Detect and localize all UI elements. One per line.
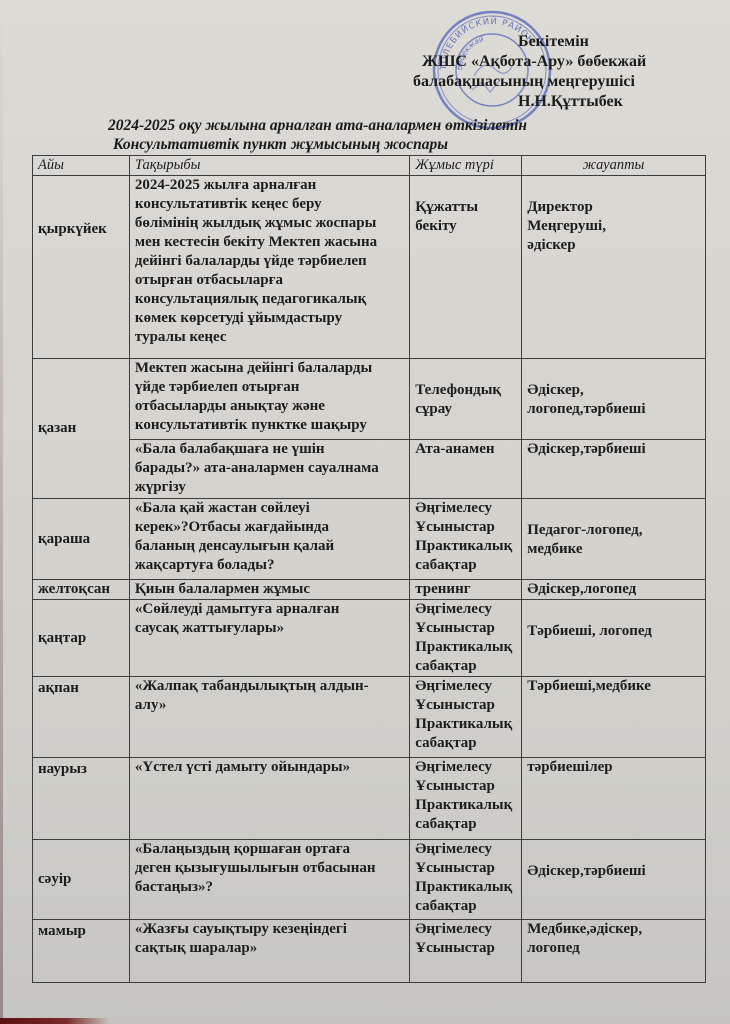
- responsible-cell-line: Әдіскер,: [527, 381, 700, 400]
- work-type-cell-line: Практикалық: [415, 878, 516, 897]
- topic-cell-line: «Жалпақ табандылықтың алдын-: [135, 677, 404, 696]
- work-type-cell: Құжаттыбекіту: [410, 176, 522, 359]
- topic-cell-line: керек»?Отбасы жағдайында: [135, 518, 404, 537]
- work-type-cell-line: Әңгімелесу: [415, 499, 516, 518]
- month-cell: қыркүйек: [33, 176, 130, 359]
- work-type-cell-line: Әңгімелесу: [415, 840, 516, 859]
- responsible-cell-line: Директор: [527, 198, 700, 217]
- topic-cell-line: «Бала балабақшаға не үшін: [135, 440, 404, 459]
- table-row: наурыз«Үстел үсті дамыту ойындары»Әңгіме…: [33, 758, 706, 840]
- work-type-cell: тренинг: [410, 580, 522, 600]
- work-type-cell-line: сабақтар: [415, 897, 516, 916]
- work-type-cell-line: Практикалық: [415, 537, 516, 556]
- work-type-cell-line: Әңгімелесу: [415, 920, 516, 939]
- responsible-cell: тәрбиешілер: [522, 758, 706, 840]
- work-type-cell-line: Телефондық: [415, 381, 516, 400]
- work-type-cell-line: сабақтар: [415, 657, 516, 676]
- responsible-cell-line: Әдіскер,тәрбиеші: [527, 862, 700, 881]
- table-row: мамыр«Жазғы сауықтыру кезеңіндегісақтық …: [33, 920, 706, 983]
- responsible-cell: Әдіскер,тәрбиеші: [522, 840, 706, 920]
- work-type-cell-line: сабақтар: [415, 556, 516, 575]
- responsible-cell-line: логопед,тәрбиеші: [527, 400, 700, 419]
- responsible-cell-line: Меңгеруші,: [527, 217, 700, 236]
- topic-cell-line: бөлімінің жылдық жұмыс жоспары: [135, 214, 404, 233]
- topic-cell-line: жүргізу: [135, 478, 404, 497]
- work-type-cell-line: бекіту: [415, 217, 516, 236]
- work-type-cell-line: Практикалық: [415, 638, 516, 657]
- topic-cell-line: консультациялық педагогикалық: [135, 290, 404, 309]
- topic-cell: «Үстел үсті дамыту ойындары»: [129, 758, 409, 840]
- topic-cell: «Жазғы сауықтыру кезеңіндегісақтық шарал…: [129, 920, 409, 983]
- topic-cell-line: көмек көрсетуді ұйымдастыру: [135, 309, 404, 328]
- month-cell: қараша: [33, 499, 130, 580]
- responsible-cell: Тәрбиеші, логопед: [522, 600, 706, 677]
- table-row: қараша«Бала қай жастан сөйлеуікерек»?Отб…: [33, 499, 706, 580]
- topic-cell-line: деген қызығушылығын отбасынан: [135, 859, 404, 878]
- background-edge: [0, 1018, 110, 1024]
- work-type-cell-line: Ұсыныстар: [415, 939, 516, 958]
- document-title-line-2: Консультативтік пункт жұмысының жоспары: [113, 135, 628, 154]
- responsible-cell: Педагог-логопед,медбике: [522, 499, 706, 580]
- work-type-cell: ӘңгімелесуҰсыныстарПрактикалықсабақтар: [410, 677, 522, 758]
- work-type-cell-line: Практикалық: [415, 796, 516, 815]
- topic-cell: «Жалпақ табандылықтың алдын-алу»: [129, 677, 409, 758]
- document-title: 2024-2025 оқу жылына арналған ата-аналар…: [108, 116, 628, 154]
- table-header-row: Айы Тақырыбы Жұмыс түрі жауапты: [33, 156, 706, 176]
- topic-cell: Мектеп жасына дейінгі балалардыүйде тәрб…: [129, 359, 409, 440]
- work-type-cell-line: сұрау: [415, 400, 516, 419]
- work-type-cell-line: Ұсыныстар: [415, 696, 516, 715]
- topic-cell-line: сақтық шаралар»: [135, 939, 404, 958]
- topic-cell-line: отбасыларды анықтау және: [135, 397, 404, 416]
- topic-cell: Қиын балалармен жұмыс: [129, 580, 409, 600]
- topic-cell-line: «Бала қай жастан сөйлеуі: [135, 499, 404, 518]
- approval-heading: Бекітемін: [400, 32, 700, 52]
- topic-cell-line: баланың денсаулығын қалай: [135, 537, 404, 556]
- topic-cell-line: үйде тәрбиелеп отырған: [135, 378, 404, 397]
- month-cell: қаңтар: [33, 600, 130, 677]
- responsible-cell-line: Әдіскер,тәрбиеші: [527, 440, 700, 459]
- responsible-cell-line: Әдіскер,логопед: [527, 580, 700, 599]
- topic-cell-line: «Балаңыздың қоршаған ортаға: [135, 840, 404, 859]
- header-month: Айы: [33, 156, 130, 176]
- table-row: қаңтар«Сөйлеуді дамытуға арналғансаусақ …: [33, 600, 706, 677]
- topic-cell-line: «Үстел үсті дамыту ойындары»: [135, 758, 404, 777]
- responsible-cell: Әдіскер,логопед: [522, 580, 706, 600]
- responsible-cell-line: Тәрбиеші, логопед: [527, 622, 700, 641]
- responsible-cell-line: әдіскер: [527, 236, 700, 255]
- month-cell: қазан: [33, 359, 130, 499]
- topic-cell: «Бала балабақшаға не үшінбарады?» ата-ан…: [129, 440, 409, 499]
- work-type-cell-line: Әңгімелесу: [415, 600, 516, 619]
- month-cell: наурыз: [33, 758, 130, 840]
- responsible-cell-line: Педагог-логопед,: [527, 521, 700, 540]
- approval-signatory: Н.Н.Құттыбек: [400, 92, 700, 112]
- approval-organization: ЖШС «Ақбота-Ару» бөбекжай: [400, 52, 700, 72]
- responsible-cell: Әдіскер,логопед,тәрбиеші: [522, 359, 706, 440]
- topic-cell-line: консультативтік пунктке шақыру: [135, 416, 404, 435]
- responsible-cell: ДиректорМеңгеруші,әдіскер: [522, 176, 706, 359]
- topic-cell-line: мен кестесін бекіту Мектеп жасына: [135, 233, 404, 252]
- topic-cell-line: жақсартуға болады?: [135, 556, 404, 575]
- work-type-cell-line: сабақтар: [415, 815, 516, 834]
- work-type-cell-line: Әңгімелесу: [415, 758, 516, 777]
- topic-cell-line: консультативтік кеңес беру: [135, 195, 404, 214]
- topic-cell-line: «Сөйлеуді дамытуға арналған: [135, 600, 404, 619]
- work-type-cell-line: Практикалық: [415, 715, 516, 734]
- approval-position: балабақшасының меңгерушісі: [400, 72, 700, 92]
- topic-cell: «Сөйлеуді дамытуға арналғансаусақ жаттығ…: [129, 600, 409, 677]
- responsible-cell-line: Медбике,әдіскер,: [527, 920, 700, 939]
- work-type-cell-line: тренинг: [415, 580, 516, 599]
- topic-cell: 2024-2025 жылға арналғанконсультативтік …: [129, 176, 409, 359]
- work-type-cell: Ата-анамен: [410, 440, 522, 499]
- table-row: қыркүйек2024-2025 жылға арналғанконсульт…: [33, 176, 706, 359]
- responsible-cell: Әдіскер,тәрбиеші: [522, 440, 706, 499]
- topic-cell-line: 2024-2025 жылға арналған: [135, 176, 404, 195]
- paper-edge-shadow: [0, 0, 3, 1024]
- work-type-cell-line: Ұсыныстар: [415, 777, 516, 796]
- topic-cell-line: саусақ жаттығулары»: [135, 619, 404, 638]
- work-type-cell: ӘңгімелесуҰсыныстар: [410, 920, 522, 983]
- work-type-cell-line: Ұсыныстар: [415, 859, 516, 878]
- work-type-cell: ӘңгімелесуҰсыныстарПрактикалықсабақтар: [410, 600, 522, 677]
- approval-block: Бекітемін ЖШС «Ақбота-Ару» бөбекжай бала…: [400, 32, 700, 112]
- month-cell: ақпан: [33, 677, 130, 758]
- table-row: желтоқсанҚиын балалармен жұмыстренингӘді…: [33, 580, 706, 600]
- work-type-cell-line: сабақтар: [415, 734, 516, 753]
- responsible-cell: Медбике,әдіскер,логопед: [522, 920, 706, 983]
- header-responsible: жауапты: [522, 156, 706, 176]
- topic-cell-line: бастаңыз»?: [135, 878, 404, 897]
- table-row: сәуір«Балаңыздың қоршаған ортағадеген қы…: [33, 840, 706, 920]
- work-type-cell: ӘңгімелесуҰсыныстарПрактикалықсабақтар: [410, 758, 522, 840]
- work-type-cell: ӘңгімелесуҰсыныстарПрактикалықсабақтар: [410, 840, 522, 920]
- work-type-cell: ӘңгімелесуҰсыныстарПрактикалықсабақтар: [410, 499, 522, 580]
- table-row: «Бала балабақшаға не үшінбарады?» ата-ан…: [33, 440, 706, 499]
- responsible-cell-line: логопед: [527, 939, 700, 958]
- month-cell: сәуір: [33, 840, 130, 920]
- month-cell: мамыр: [33, 920, 130, 983]
- document-title-line-1: 2024-2025 оқу жылына арналған ата-аналар…: [108, 116, 628, 135]
- topic-cell: «Балаңыздың қоршаған ортағадеген қызығуш…: [129, 840, 409, 920]
- work-type-cell: Телефондықсұрау: [410, 359, 522, 440]
- work-type-cell-line: Ата-анамен: [415, 440, 516, 459]
- topic-cell-line: туралы кеңес: [135, 328, 404, 347]
- work-type-cell-line: Ұсыныстар: [415, 619, 516, 638]
- topic-cell-line: Мектеп жасына дейінгі балаларды: [135, 359, 404, 378]
- work-type-cell-line: Құжатты: [415, 198, 516, 217]
- topic-cell-line: «Жазғы сауықтыру кезеңіндегі: [135, 920, 404, 939]
- responsible-cell-line: Тәрбиеші,медбике: [527, 677, 700, 696]
- topic-cell-line: Қиын балалармен жұмыс: [135, 580, 404, 599]
- month-cell: желтоқсан: [33, 580, 130, 600]
- header-topic: Тақырыбы: [129, 156, 409, 176]
- topic-cell-line: дейінгі балаларды үйде тәрбиелеп: [135, 252, 404, 271]
- topic-cell-line: барады?» ата-аналармен сауалнама: [135, 459, 404, 478]
- responsible-cell-line: тәрбиешілер: [527, 758, 700, 777]
- table-row: қазанМектеп жасына дейінгі балалардыүйде…: [33, 359, 706, 440]
- header-work-type: Жұмыс түрі: [410, 156, 522, 176]
- work-type-cell-line: Әңгімелесу: [415, 677, 516, 696]
- responsible-cell: Тәрбиеші,медбике: [522, 677, 706, 758]
- topic-cell-line: алу»: [135, 696, 404, 715]
- work-type-cell-line: Ұсыныстар: [415, 518, 516, 537]
- topic-cell-line: отырған отбасыларға: [135, 271, 404, 290]
- topic-cell: «Бала қай жастан сөйлеуікерек»?Отбасы жа…: [129, 499, 409, 580]
- responsible-cell-line: медбике: [527, 540, 700, 559]
- consultation-plan-table: Айы Тақырыбы Жұмыс түрі жауапты қыркүйек…: [32, 155, 706, 983]
- table-row: ақпан«Жалпақ табандылықтың алдын-алу»Әңг…: [33, 677, 706, 758]
